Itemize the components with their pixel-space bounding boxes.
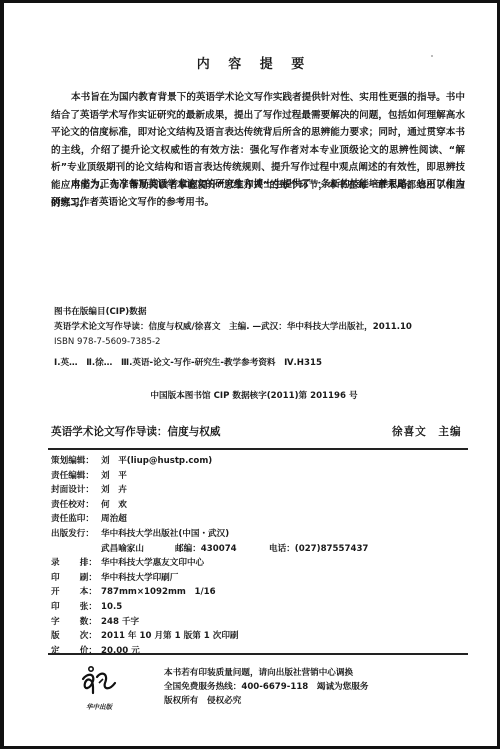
- summary-paragraph-2: 本书为正在准备写英语学术论文的研究生和博士生提供了一条新的技能培养思路，也可以作…: [51, 176, 465, 211]
- publisher-logo-icon: [79, 665, 119, 697]
- notice-line-copyright: 版权所有 侵权必究: [164, 694, 368, 708]
- credit-row: 策划编辑： 刘 平(liup@hustp.com): [51, 454, 368, 469]
- spec-label-b: 排：: [80, 556, 97, 571]
- spec-value: 248 千字: [101, 615, 139, 630]
- credit-row: 出版发行： 华中科技大学出版社(中国・武汉): [51, 527, 368, 542]
- credits-list: 策划编辑： 刘 平(liup@hustp.com) 责任编辑： 刘 平 封面设计…: [51, 454, 368, 658]
- spec-row: 字数： 248 千字: [51, 615, 368, 630]
- spec-value: 20.00 元: [101, 644, 140, 659]
- credit-row: 责任编辑： 刘 平: [51, 469, 368, 484]
- spec-label-a: 定: [51, 644, 60, 659]
- publisher-phone: 电话：(027)87557437: [269, 542, 368, 557]
- notice-line-quality: 本书若有印装质量问题，请向出版社营销中心调换: [164, 666, 368, 680]
- spec-label-a: 录: [51, 556, 60, 571]
- spec-label-a: 开: [51, 585, 60, 600]
- credit-value: 刘 平: [101, 469, 127, 484]
- scan-speck: [431, 55, 433, 57]
- credit-value: 刘 平(liup@hustp.com): [101, 454, 212, 469]
- book-editor: 徐喜文 主编: [392, 424, 462, 439]
- credit-row: 责任监印： 周治超: [51, 512, 368, 527]
- spec-label-a: 版: [51, 629, 60, 644]
- summary-heading: 内 容 提 要: [4, 53, 500, 72]
- credit-label: 封面设计：: [51, 483, 101, 498]
- spec-row: 录排： 华中科技大学惠友文印中心: [51, 556, 368, 571]
- credit-value: 华中科技大学出版社(中国・武汉): [101, 527, 229, 542]
- spec-label-b: 数：: [80, 615, 97, 630]
- spec-label-a: 字: [51, 615, 60, 630]
- spec-label-a: 印: [51, 600, 60, 615]
- spec-label-a: 印: [51, 571, 60, 586]
- cip-record-number: 中国版本图书馆 CIP 数据核字(2011)第 201196 号: [4, 389, 500, 401]
- credit-label: 责任校对：: [51, 498, 101, 513]
- credit-label: 责任监印：: [51, 512, 101, 527]
- notice-line-hotline: 全国免费服务热线：400-6679-118 竭诚为您服务: [164, 680, 368, 694]
- spec-label-b: 价：: [80, 644, 97, 659]
- copyright-page: 内 容 提 要 本书旨在为国内教育背景下的英语学术论文写作实践者提供针对性、实用…: [0, 0, 500, 749]
- logo-caption: 华中出版: [79, 702, 119, 711]
- publisher-address: 武昌喻家山: [101, 542, 175, 557]
- credit-value: 周治超: [101, 512, 127, 527]
- publisher-logo: 华中出版: [79, 665, 119, 710]
- publisher-postcode: 邮编：430074: [175, 542, 269, 557]
- spec-value: 10.5: [101, 600, 122, 615]
- spec-label-b: 张：: [80, 600, 97, 615]
- credit-label: 策划编辑：: [51, 454, 101, 469]
- credit-value: 何 欢: [101, 498, 127, 513]
- credit-label: 责任编辑：: [51, 469, 101, 484]
- credit-row: 封面设计： 刘 卉: [51, 483, 368, 498]
- credit-value: 刘 卉: [101, 483, 127, 498]
- credit-label: 出版发行：: [51, 527, 101, 542]
- notice-block: 本书若有印装质量问题，请向出版社营销中心调换 全国免费服务热线：400-6679…: [164, 666, 368, 708]
- spec-row: 开本： 787mm×1092mm 1/16: [51, 585, 368, 600]
- spec-label-b: 次：: [80, 629, 97, 644]
- divider-top: [48, 448, 468, 450]
- spec-row: 印刷： 华中科技大学印刷厂: [51, 571, 368, 586]
- cip-classification: Ⅰ.英… Ⅱ.徐… Ⅲ.英语-论文-写作-研究生-教学参考资料 Ⅳ.H315: [54, 357, 322, 369]
- divider-bottom: [48, 653, 468, 655]
- cip-entry: 英语学术论文写作导读：信度与权威/徐喜文 主编. —武汉：华中科技大学出版社，2…: [54, 321, 412, 333]
- spec-value: 华中科技大学惠友文印中心: [101, 556, 204, 571]
- spec-row: 印张： 10.5: [51, 600, 368, 615]
- credit-row: 责任校对： 何 欢: [51, 498, 368, 513]
- spec-label-b: 本：: [80, 585, 97, 600]
- cip-heading: 图书在版编目(CIP)数据: [54, 306, 146, 318]
- spec-value: 2011 年 10 月第 1 版第 1 次印刷: [101, 629, 239, 644]
- spec-label-b: 刷：: [80, 571, 97, 586]
- spec-value: 华中科技大学印刷厂: [101, 571, 178, 586]
- book-title: 英语学术论文写作导读：信度与权威: [51, 424, 221, 439]
- publisher-address-row: 武昌喻家山 邮编：430074 电话：(027)87557437: [51, 542, 368, 557]
- spec-row: 版次： 2011 年 10 月第 1 版第 1 次印刷: [51, 629, 368, 644]
- spec-value: 787mm×1092mm 1/16: [101, 585, 216, 600]
- cip-isbn: ISBN 978-7-5609-7385-2: [54, 336, 161, 348]
- spec-row: 定价： 20.00 元: [51, 644, 368, 659]
